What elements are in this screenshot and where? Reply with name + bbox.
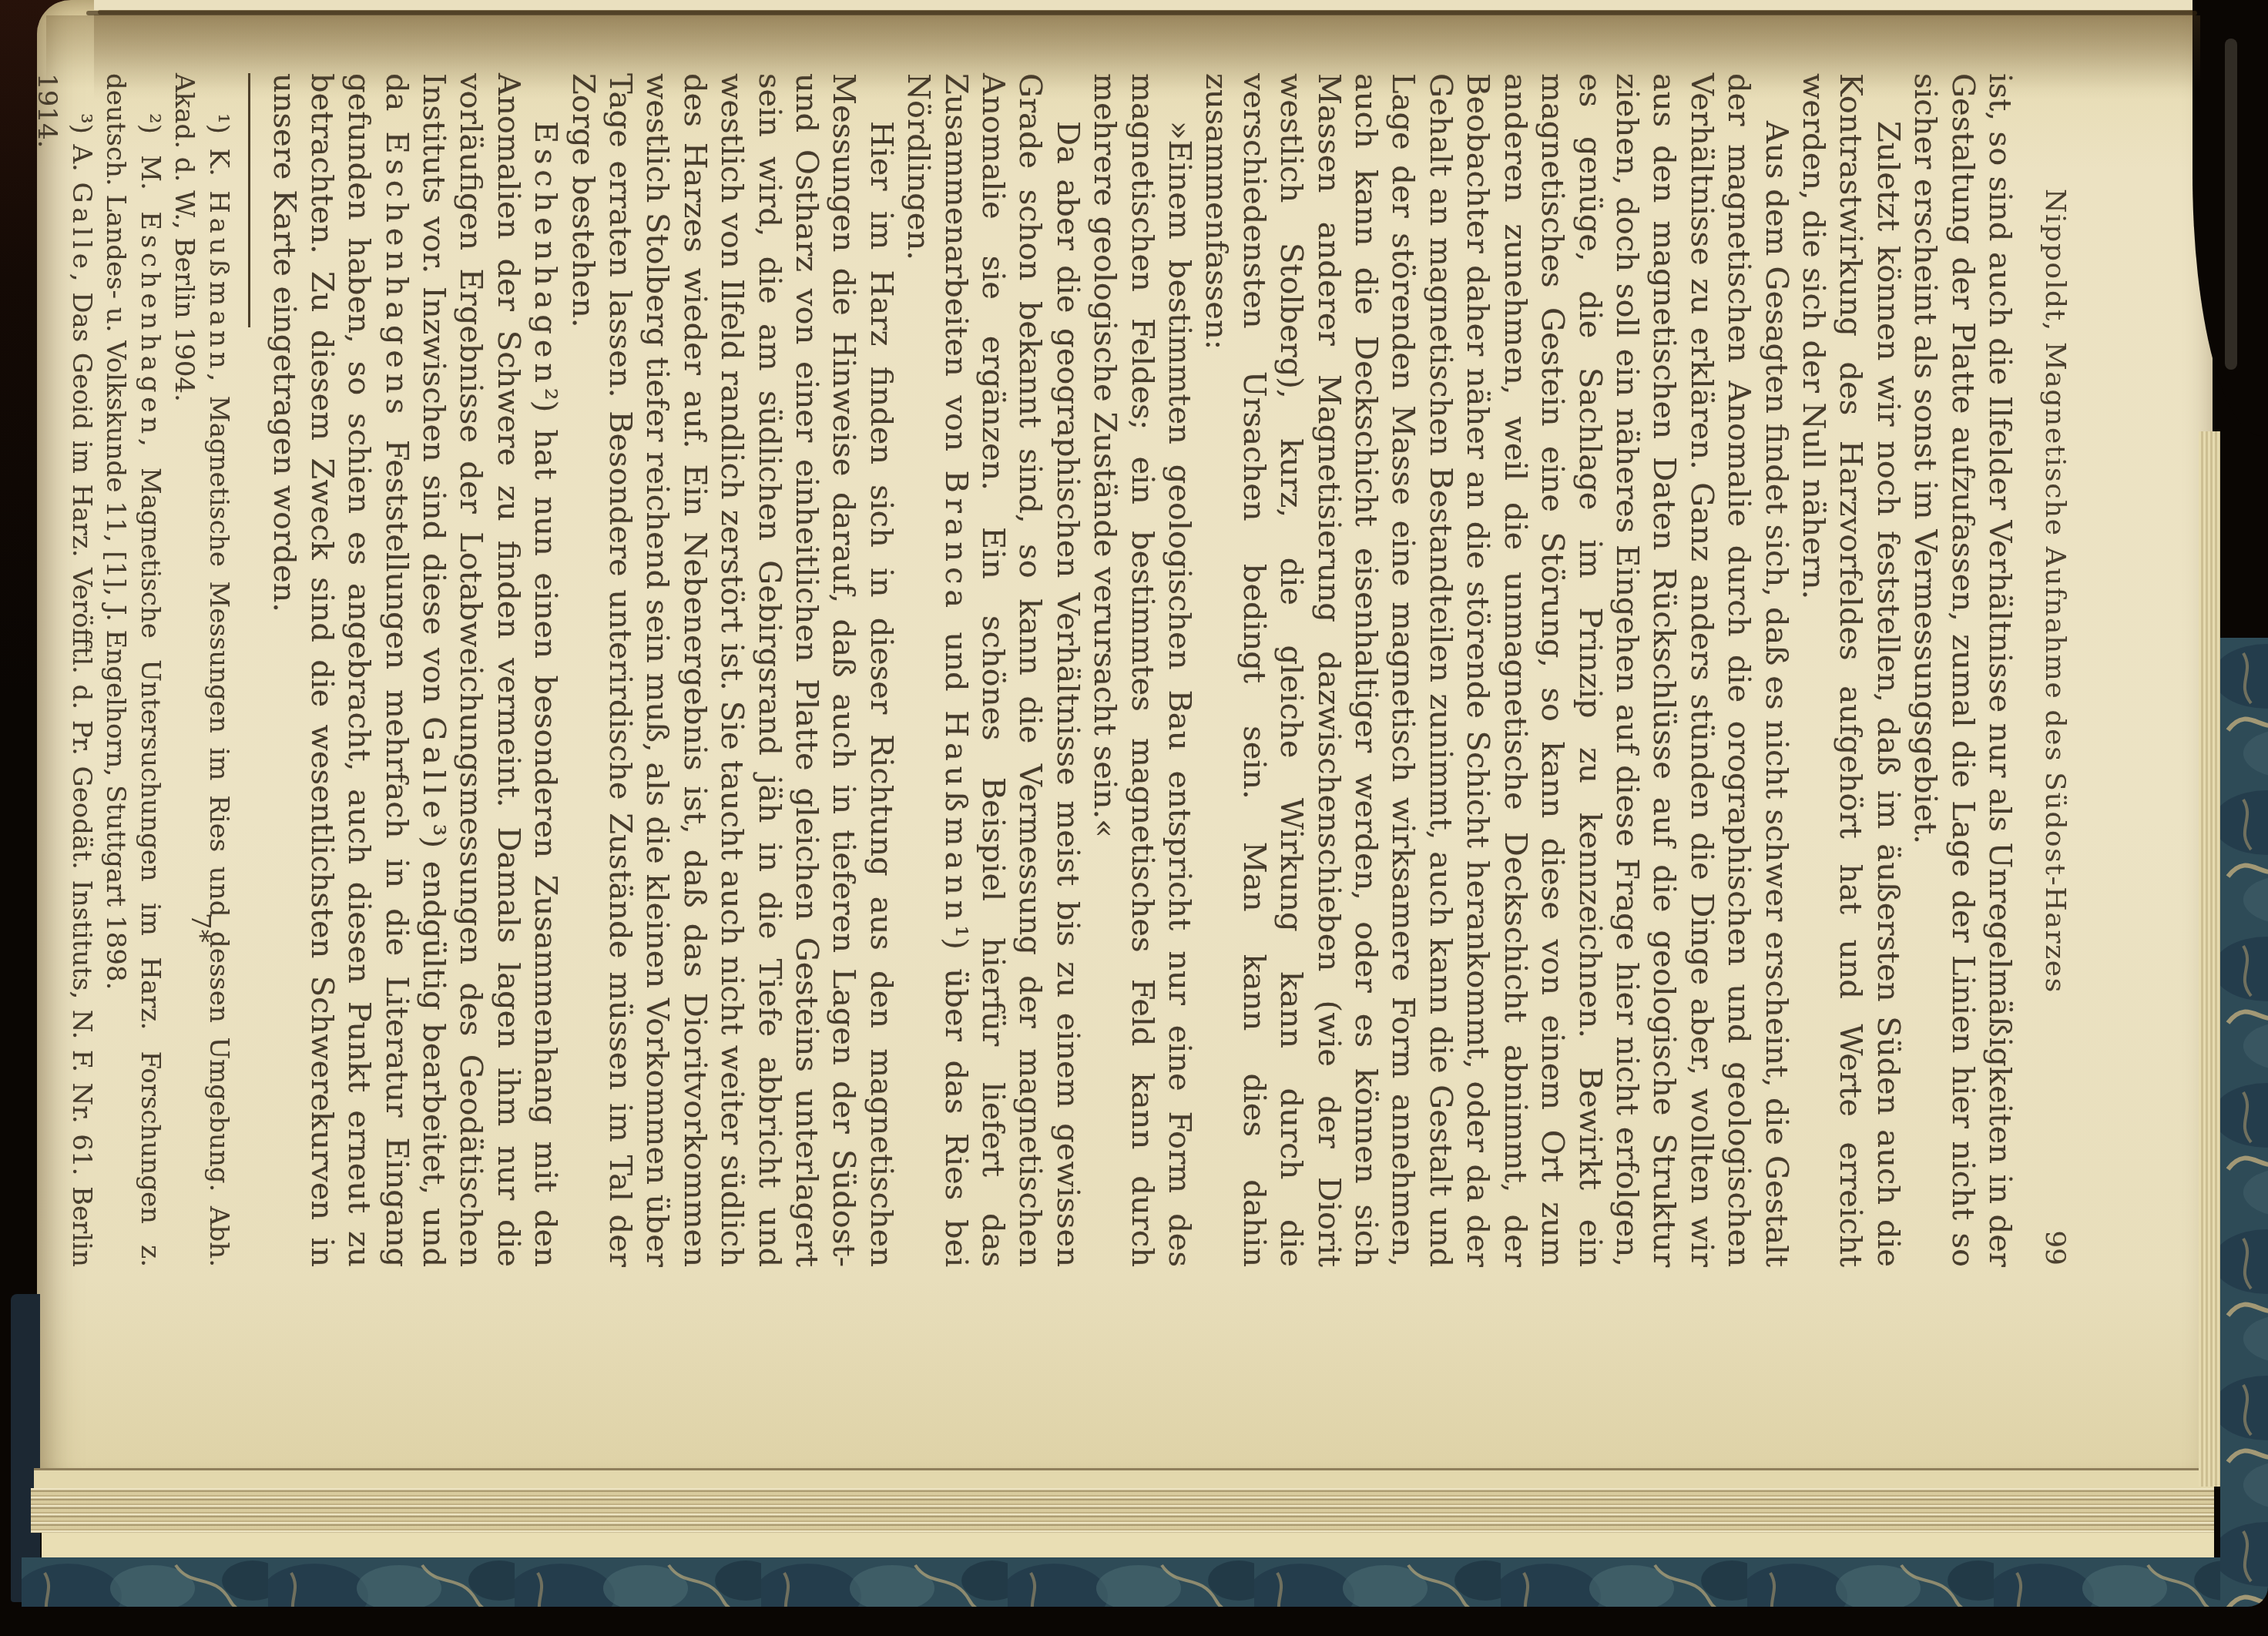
page-bottom-edge	[34, 1468, 2214, 1488]
stacked-page-edges	[31, 1488, 2214, 1533]
paragraph: Aus dem Gesagten findet sich, daß es nic…	[1198, 73, 1795, 1267]
running-header: Nippoldt, Magnetische Aufnahme des Südos…	[2026, 73, 2071, 1267]
book-scan: Nippoldt, Magnetische Aufnahme des Südos…	[0, 0, 2268, 1636]
cover-edge-left	[11, 1294, 40, 1602]
footnote-separator-rule	[248, 73, 250, 327]
page-surface: Nippoldt, Magnetische Aufnahme des Südos…	[37, 0, 2213, 1488]
footnote-3: ³) A. Galle, Das Geoid im Harz. Veröfftl…	[37, 73, 99, 1267]
marble-texture	[22, 1557, 2240, 1607]
marbled-cover-bottom	[22, 1557, 2240, 1607]
signature-mark: 7*	[185, 913, 216, 943]
paragraph: Zuletzt können wir noch feststellen, daß…	[1795, 73, 1907, 1267]
paragraph: ist, so sind auch die Ilfelder Verhältni…	[1907, 73, 2018, 1267]
paragraph: Hier im Harz finden sich in dieser Richt…	[564, 73, 900, 1267]
marble-texture	[2220, 638, 2268, 1607]
shaded-page-edge-sliver	[2225, 39, 2237, 370]
gutter-sliver	[94, 0, 2213, 10]
body-text: ist, so sind auch die Ilfelder Verhältni…	[266, 73, 2018, 1267]
gutter-shadow-overlay	[46, 15, 2200, 89]
marbled-cover-right	[2220, 638, 2268, 1607]
text-block: Nippoldt, Magnetische Aufnahme des Südos…	[37, 73, 2071, 1267]
paragraph: Eschenhagen²) hat nun einen besonderen Z…	[266, 73, 564, 1267]
running-header-title: Nippoldt, Magnetische Aufnahme des Südos…	[2039, 189, 2071, 994]
footnote-2: ²) M. Eschenhagen, Magnetische Untersuch…	[99, 73, 167, 1267]
paragraph-quote: »Einem bestimmten geologischen Bau entsp…	[1086, 73, 1198, 1267]
book-page: Nippoldt, Magnetische Aufnahme des Südos…	[37, 0, 2213, 1488]
footnotes: ¹) K. Haußmann, Magnetische Messungen im…	[37, 73, 236, 1267]
paragraph: Da aber die geographischen Verhältnisse …	[900, 73, 1086, 1267]
fore-edge-right	[2199, 431, 2220, 1487]
footnote-1: ¹) K. Haußmann, Magnetische Messungen im…	[167, 73, 236, 1267]
page-number: 99	[2039, 1230, 2071, 1266]
